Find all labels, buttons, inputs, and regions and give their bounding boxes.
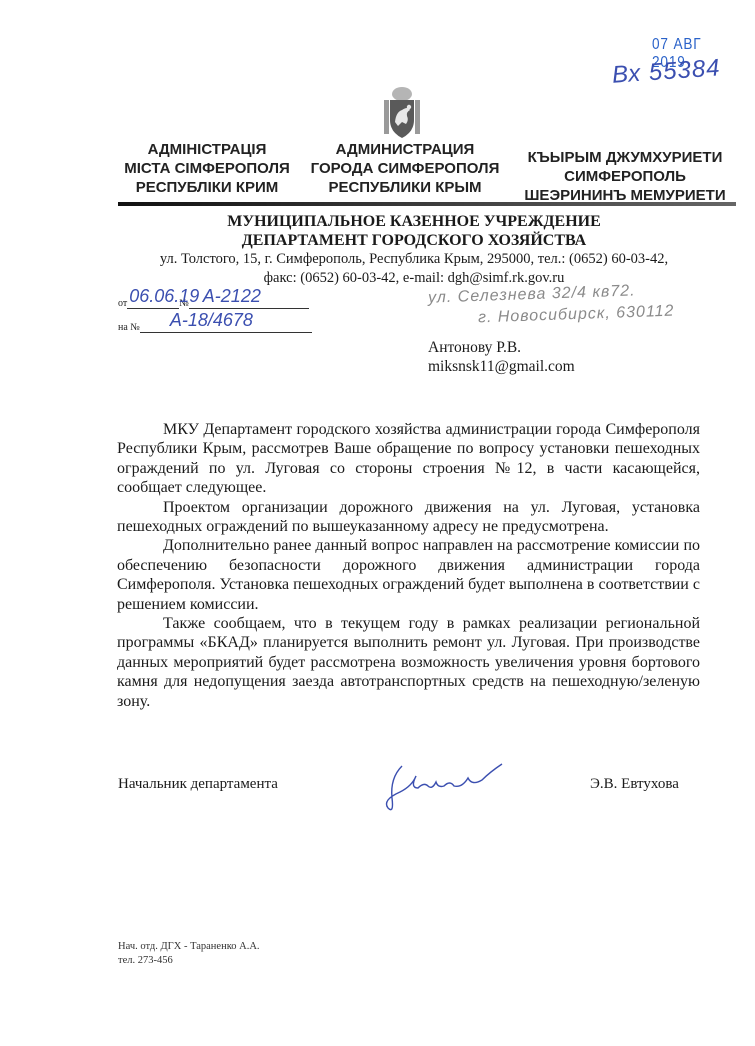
incoming-reference: на №А-18/4678 bbox=[118, 314, 312, 333]
signatory-name: Э.В. Евтухова bbox=[590, 776, 679, 793]
signatory-position: Начальник департамента bbox=[118, 776, 278, 793]
outgoing-number: А-2122 bbox=[203, 286, 261, 307]
recipient-email: miksnsk11@gmail.com bbox=[428, 357, 575, 376]
header-divider bbox=[118, 202, 736, 206]
registration-number-handwritten: Вх 55384 bbox=[611, 54, 721, 90]
incoming-number: А-18/4678 bbox=[170, 310, 253, 331]
handwritten-signature-icon bbox=[372, 758, 512, 818]
pencil-address-line2: г. Новосибирск, 630112 bbox=[478, 303, 675, 328]
executor-info: Нач. отд. ДГХ - Тараненко А.А. тел. 273-… bbox=[118, 940, 260, 968]
header-ukrainian: АДМІНІСТРАЦІЯ МІСТА СІМФЕРОПОЛЯ РЕСПУБЛІ… bbox=[112, 140, 302, 197]
coat-of-arms-icon bbox=[382, 86, 422, 140]
paragraph: Проектом организации дорожного движения … bbox=[117, 498, 700, 537]
paragraph: МКУ Департамент городского хозяйства адм… bbox=[117, 420, 700, 498]
outgoing-reference: от06.06.19№А-2122 bbox=[118, 290, 309, 309]
organization-name: МУНИЦИПАЛЬНОЕ КАЗЕННОЕ УЧРЕЖДЕНИЕ ДЕПАРТ… bbox=[118, 212, 710, 250]
recipient-name: Антонову Р.В. bbox=[428, 338, 575, 357]
letter-body: МКУ Департамент городского хозяйства адм… bbox=[117, 420, 700, 711]
header-russian: АДМИНИСТРАЦИЯ ГОРОДА СИМФЕРОПОЛЯ РЕСПУБЛ… bbox=[305, 140, 505, 197]
paragraph: Дополнительно ранее данный вопрос направ… bbox=[117, 536, 700, 614]
recipient-block: Антонову Р.В. miksnsk11@gmail.com bbox=[428, 338, 575, 376]
header-crimean-tatar: КЪЫРЫМ ДЖУМХУРИЕТИ СИМФЕРОПОЛЬ ШЕЭРИНИНЪ… bbox=[510, 148, 740, 205]
paragraph: Также сообщаем, что в текущем году в рам… bbox=[117, 614, 700, 711]
